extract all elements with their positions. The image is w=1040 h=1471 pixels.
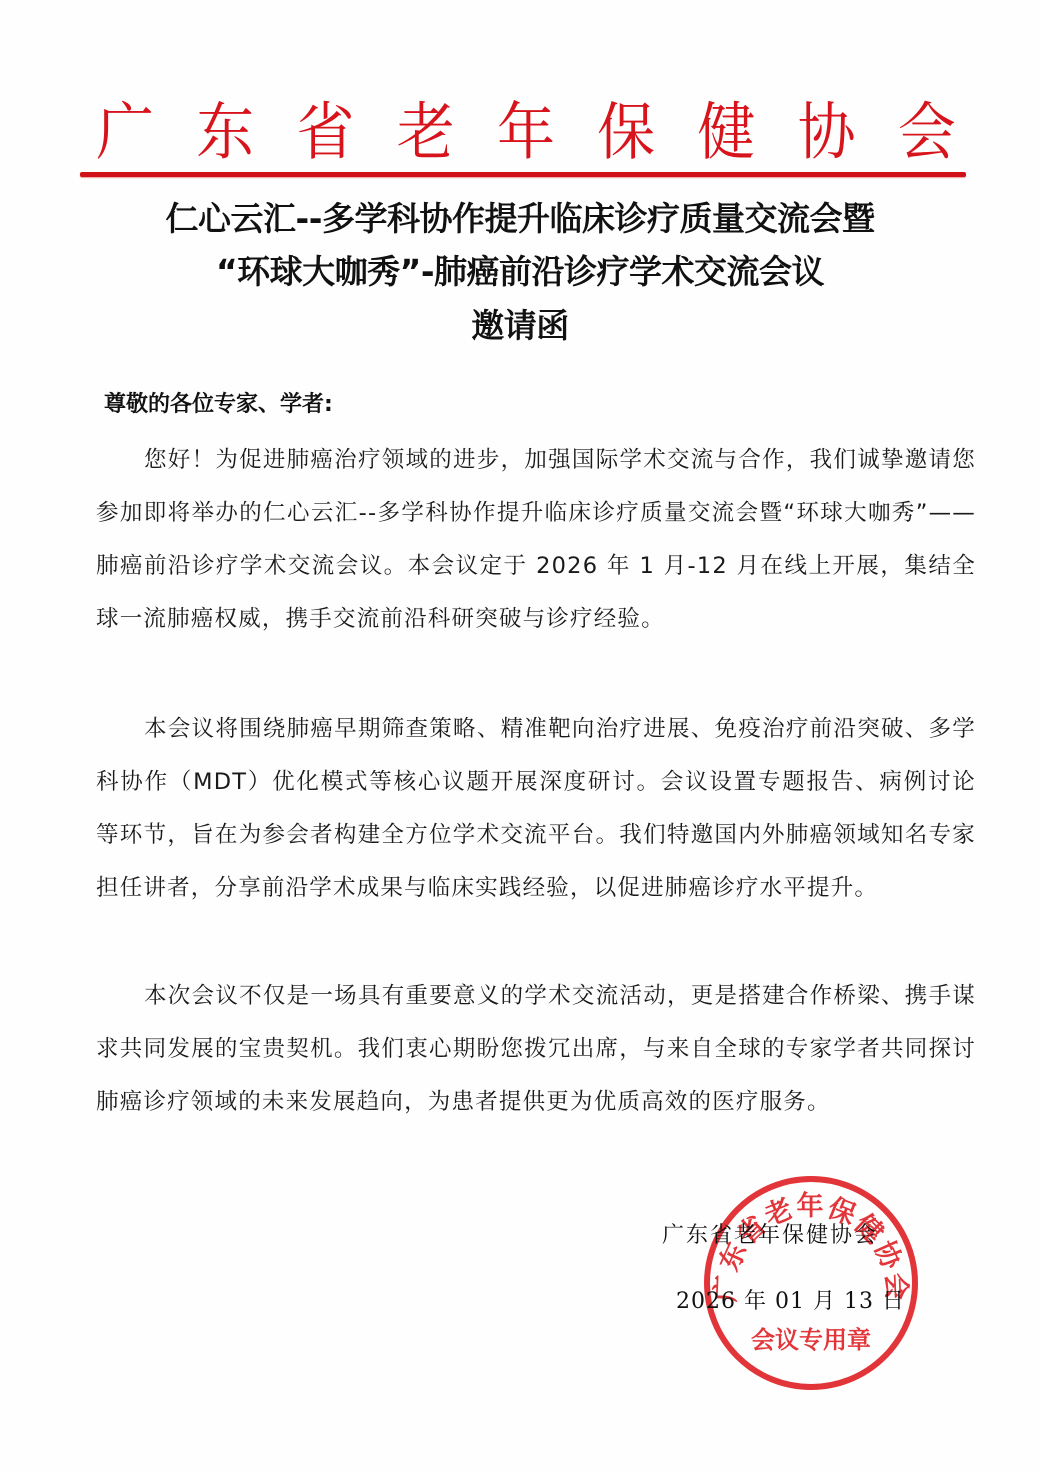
signature-date: 2026 年 01 月 13 日 [676, 1284, 905, 1320]
body-paragraph-2: 本会议将围绕肺癌早期筛查策略、精准靶向治疗进展、免疫治疗前沿突破、多学科协作（M… [96, 703, 976, 915]
letterhead-char: 协 [798, 89, 856, 175]
document-title-line-1: 仁心云汇--多学科协作提升临床诊疗质量交流会暨 [0, 197, 1040, 241]
seal-bottom-text: 会议专用章 [751, 1326, 871, 1354]
letterhead-char: 广 [96, 89, 154, 175]
letterhead-divider [80, 172, 966, 177]
salutation: 尊敬的各位专家、学者: [104, 388, 333, 422]
invitation-letter-page: 广 东 省 老 年 保 健 协 会 仁心云汇--多学科协作提升临床诊疗质量交流会… [0, 0, 1040, 1471]
letterhead-char: 健 [697, 89, 755, 175]
body-paragraph-1: 您好！为促进肺癌治疗领域的进步，加强国际学术交流与合作，我们诚挚邀请您参加即将举… [96, 434, 976, 646]
letterhead-organization-name: 广 东 省 老 年 保 健 协 会 [96, 92, 956, 172]
letterhead-char: 东 [196, 89, 254, 175]
letterhead-char: 会 [898, 89, 956, 175]
document-title-line-2: “环球大咖秀”-肺癌前沿诊疗学术交流会议 [0, 250, 1040, 294]
signature-organization: 广东省老年保健协会 [662, 1218, 878, 1254]
official-seal-stamp-icon: 广东省老年保健协会 会议专用章 [700, 1172, 922, 1394]
letterhead-char: 年 [497, 89, 555, 175]
document-title-line-3: 邀请函 [0, 304, 1040, 348]
letterhead-char: 省 [296, 89, 354, 175]
letterhead-char: 老 [397, 89, 455, 175]
letterhead-char: 保 [597, 89, 655, 175]
body-paragraph-3: 本次会议不仅是一场具有重要意义的学术交流活动，更是搭建合作桥梁、携手谋求共同发展… [96, 970, 976, 1129]
